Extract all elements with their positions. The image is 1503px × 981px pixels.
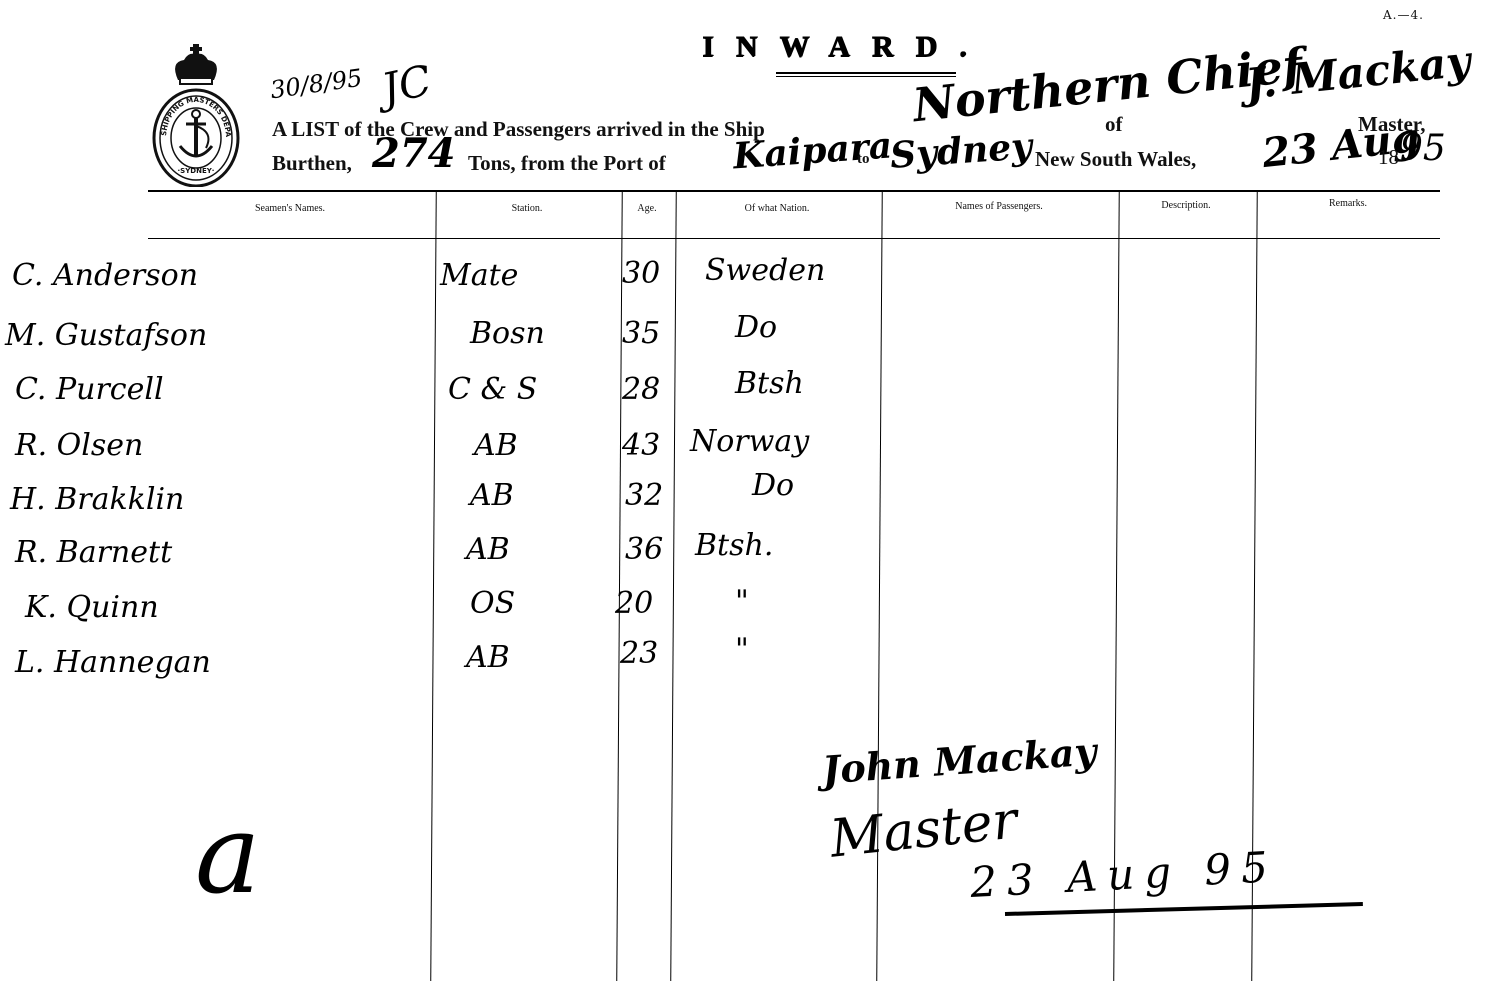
- age: 20: [615, 586, 653, 621]
- burthen-value: 274: [372, 130, 456, 177]
- age: 32: [625, 478, 663, 513]
- station: AB: [470, 478, 514, 513]
- station: AB: [466, 640, 510, 675]
- form-reference: A.—4.: [1383, 8, 1424, 22]
- signature-date: 23 Aug 95: [969, 842, 1279, 907]
- nation: Do: [752, 468, 794, 503]
- year-prefix: 18: [1378, 145, 1399, 170]
- age: 28: [622, 372, 660, 407]
- document-title: INWARD.: [702, 30, 989, 64]
- nation: ": [735, 632, 749, 667]
- year-suffix: 95: [1400, 128, 1446, 169]
- table-top-rule: [148, 190, 1440, 192]
- age: 35: [622, 316, 660, 351]
- port-to: Sydney: [889, 125, 1034, 177]
- station: Bosn: [470, 316, 545, 351]
- age: 43: [622, 428, 660, 463]
- nation: ": [735, 584, 749, 619]
- nation: Btsh.: [695, 528, 773, 563]
- table-header-rule: [148, 238, 1440, 239]
- column-header-age: Age.: [621, 203, 673, 214]
- age: 30: [622, 256, 660, 291]
- age: 23: [620, 636, 658, 671]
- column-divider: [430, 192, 437, 981]
- age: 36: [625, 532, 663, 567]
- heading-line1-text: A LIST of the Crew and Passengers arrive…: [272, 117, 765, 142]
- seaman-name: C. Anderson: [12, 258, 198, 293]
- station: C & S: [448, 372, 537, 407]
- seaman-name: L. Hannegan: [15, 645, 211, 680]
- bottom-letter-annotation: a: [195, 790, 261, 918]
- station: Mate: [440, 258, 518, 293]
- burthen-label: Burthen,: [272, 151, 352, 176]
- column-header-remarks: Remarks.: [1256, 198, 1440, 209]
- nation: Do: [735, 310, 777, 345]
- seaman-name: M. Gustafson: [5, 318, 207, 353]
- master-signature: John Mackay: [821, 728, 1098, 792]
- anchor-crown-crest-icon: SHIPPING MASTERS DEPARTMENT ·SYDNEY·: [150, 42, 242, 187]
- of-label: of: [1105, 112, 1123, 137]
- station: AB: [466, 532, 510, 567]
- to-label: to: [857, 151, 870, 168]
- shipping-masters-crest: SHIPPING MASTERS DEPARTMENT ·SYDNEY·: [150, 42, 242, 187]
- tons-label: Tons, from the Port of: [468, 151, 666, 176]
- nation: Btsh: [735, 366, 804, 401]
- signature-underline: [1005, 902, 1363, 916]
- column-header-nation: Of what Nation.: [676, 203, 878, 214]
- svg-text:·SYDNEY·: ·SYDNEY·: [178, 167, 215, 175]
- column-header-passengers: Names of Passengers.: [882, 201, 1116, 212]
- station: OS: [470, 586, 515, 621]
- seaman-name: K. Quinn: [25, 590, 159, 625]
- column-header-seamens-names: Seamen's Names.: [150, 203, 430, 214]
- seaman-name: R. Olsen: [15, 428, 143, 463]
- column-header-station: Station.: [436, 203, 618, 214]
- seaman-name: H. Brakklin: [10, 482, 184, 517]
- received-date-annotation: 30/8/95: [269, 64, 365, 105]
- column-header-description: Description.: [1118, 200, 1254, 211]
- initials-annotation: JC: [377, 55, 435, 113]
- nation: Sweden: [705, 253, 825, 288]
- seaman-name: R. Barnett: [15, 535, 172, 570]
- station: AB: [474, 428, 518, 463]
- seaman-name: C. Purcell: [15, 372, 164, 407]
- nation: Norway: [690, 424, 809, 459]
- nsw-label: New South Wales,: [1035, 147, 1196, 172]
- column-divider: [670, 192, 677, 981]
